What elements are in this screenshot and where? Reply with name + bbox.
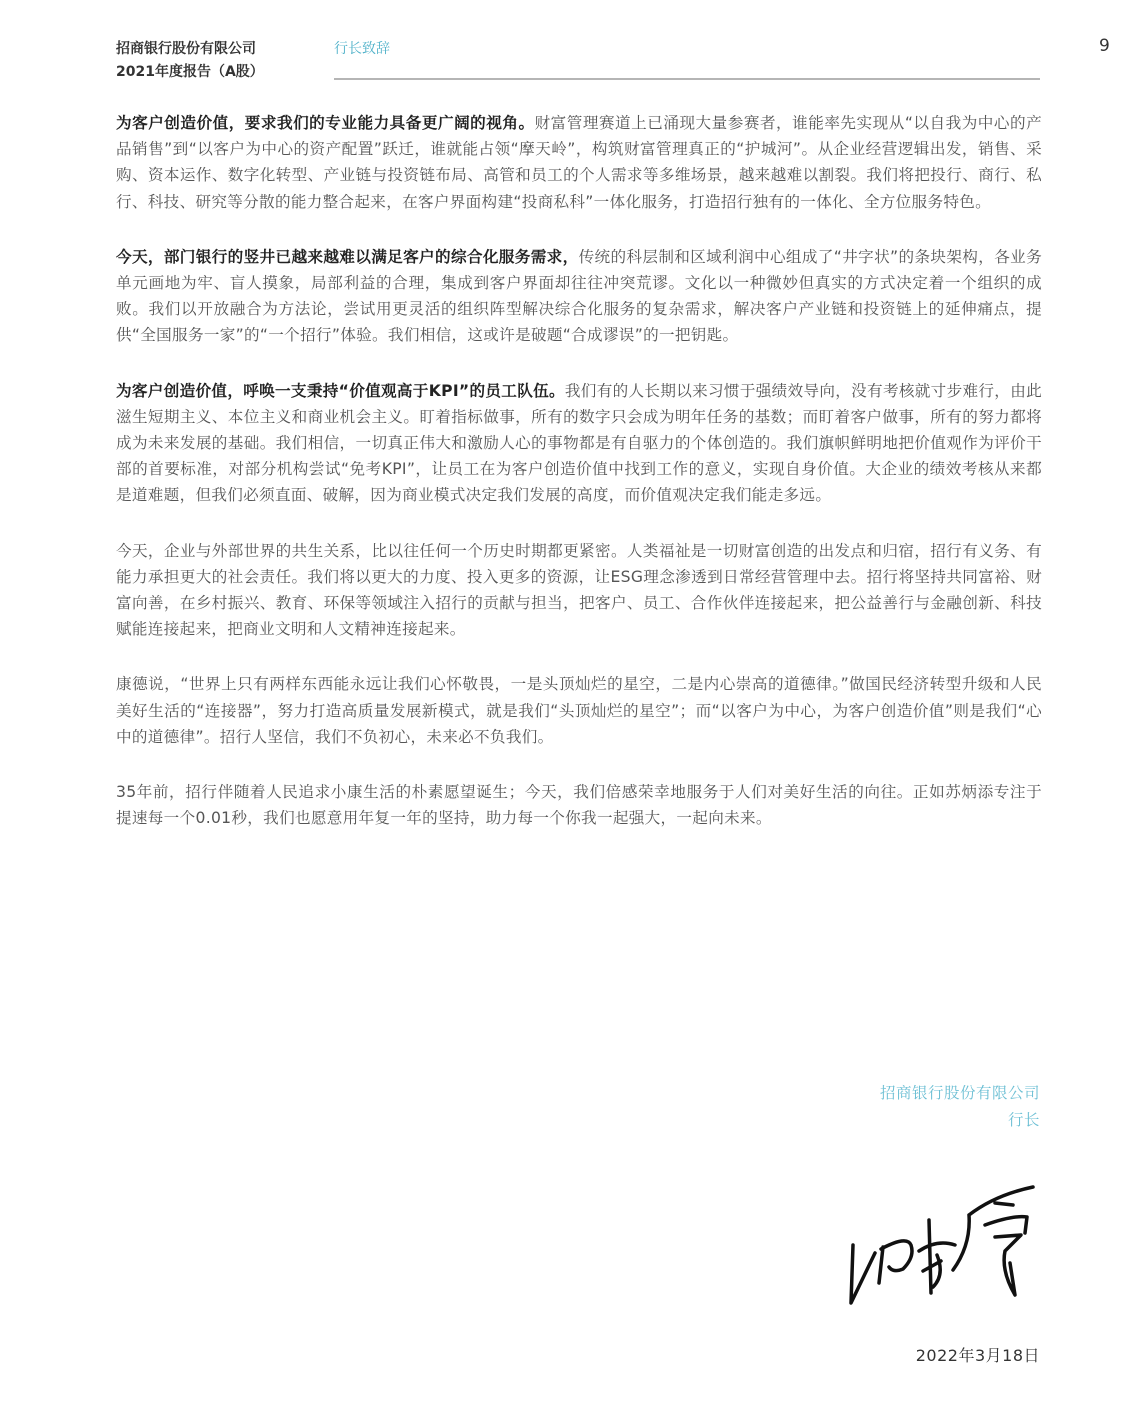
paragraph: 为客户创造价值，要求我们的专业能力具备更广阔的视角。财富管理赛道上已涌现大量参赛… xyxy=(116,110,1042,215)
letter-date: 2022年3月18日 xyxy=(916,1343,1040,1366)
section-title: 行长致辞 xyxy=(334,38,390,58)
paragraph-text: 我们有的人长期以来习惯于强绩效导向，没有考核就寸步难行，由此滋生短期主义、本位主… xyxy=(116,382,1042,505)
signoff-block: 招商银行股份有限公司 行长 xyxy=(880,1080,1040,1134)
paragraph-text: 今天，企业与外部世界的共生关系，比以往任何一个历史时期都更紧密。人类福祉是一切财… xyxy=(116,542,1042,639)
paragraph-lead: 为客户创造价值，呼唤一支秉持“价值观高于KPI”的员工队伍。 xyxy=(116,382,565,400)
header-divider xyxy=(334,78,1040,80)
signoff-title: 行长 xyxy=(880,1107,1040,1134)
paragraph: 今天，部门银行的竖井已越来越难以满足客户的综合化服务需求，传统的科层制和区域利润… xyxy=(116,244,1042,349)
paragraph-text: 康德说，“世界上只有两样东西能永远让我们心怀敬畏，一是头顶灿烂的星空，二是内心崇… xyxy=(116,675,1042,745)
report-name: 2021年度报告（A股） xyxy=(116,61,264,84)
company-name: 招商银行股份有限公司 xyxy=(116,38,264,61)
report-header: 招商银行股份有限公司 2021年度报告（A股） xyxy=(116,38,264,84)
page-number: 9 xyxy=(1099,36,1110,56)
paragraph: 为客户创造价值，呼唤一支秉持“价值观高于KPI”的员工队伍。我们有的人长期以来习… xyxy=(116,378,1042,509)
paragraph-lead: 今天，部门银行的竖井已越来越难以满足客户的综合化服务需求， xyxy=(116,248,579,266)
paragraph: 35年前，招行伴随着人民追求小康生活的朴素愿望诞生；今天，我们倍感荣幸地服务于人… xyxy=(116,779,1042,831)
paragraph: 今天，企业与外部世界的共生关系，比以往任何一个历史时期都更紧密。人类福祉是一切财… xyxy=(116,538,1042,643)
signature-icon xyxy=(845,1175,1045,1310)
signoff-company: 招商银行股份有限公司 xyxy=(880,1080,1040,1107)
paragraph-lead: 为客户创造价值，要求我们的专业能力具备更广阔的视角。 xyxy=(116,114,535,132)
paragraph-text: 35年前，招行伴随着人民追求小康生活的朴素愿望诞生；今天，我们倍感荣幸地服务于人… xyxy=(116,783,1042,827)
paragraph: 康德说，“世界上只有两样东西能永远让我们心怀敬畏，一是头顶灿烂的星空，二是内心崇… xyxy=(116,671,1042,750)
letter-body: 为客户创造价值，要求我们的专业能力具备更广阔的视角。财富管理赛道上已涌现大量参赛… xyxy=(116,110,1042,860)
